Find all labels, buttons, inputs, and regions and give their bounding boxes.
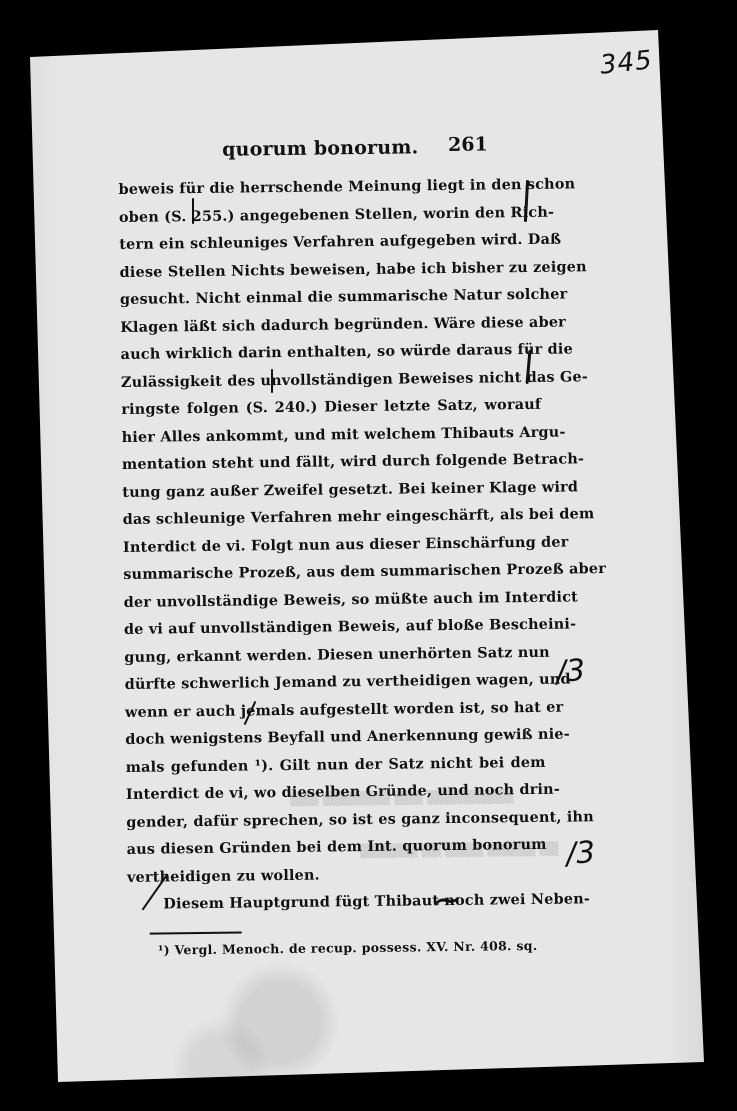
text-line: summarische Prozeß, aus dem summarischen… xyxy=(123,556,543,589)
text-line: Diesem Hauptgrund fügt Thibaut noch zwei… xyxy=(127,886,547,919)
reference-strike-mark xyxy=(271,369,273,393)
running-head: quorum bonorum. xyxy=(222,136,419,160)
text-line: aus diesen Gründen bei dem Int. quorum b… xyxy=(127,831,547,864)
handwritten-margin-note: /3 xyxy=(555,653,587,690)
text-line: de vi auf unvollständigen Beweis, auf bl… xyxy=(124,611,544,644)
text-line: ringste folgen (S. 240.) Dieser letzte S… xyxy=(121,391,541,424)
text-line: Interdict de vi, wo dieselben Gründe, un… xyxy=(126,776,546,809)
page-text: quorum bonorum. 261 beweis für die herrs… xyxy=(118,135,548,961)
handwritten-margin-note: /3 xyxy=(565,835,597,872)
handwritten-folio-number: 345 xyxy=(599,45,654,80)
body-text: beweis für die herrschende Meinung liegt… xyxy=(118,171,547,919)
text-line: tern ein schleuniges Verfahren aufgegebe… xyxy=(119,226,539,259)
page-header: quorum bonorum. 261 xyxy=(118,135,538,176)
text-line: auch wirklich darin enthalten, so würde … xyxy=(120,336,540,369)
handwritten-squiggle: ~ xyxy=(430,879,464,923)
footnote-rule xyxy=(150,931,242,934)
text-line: das schleunige Verfahren mehr eingeschär… xyxy=(122,501,542,534)
text-line: dürfte schwerlich Jemand zu vertheidigen… xyxy=(124,666,544,699)
text-line: gesucht. Nicht einmal die summarische Na… xyxy=(120,281,540,314)
text-line: doch wenigstens Beyfall und Anerkennung … xyxy=(125,721,545,754)
reference-strike-mark xyxy=(192,198,194,224)
page-number: 261 xyxy=(448,133,488,155)
text-line: mentation steht und fällt, wird durch fo… xyxy=(122,446,542,479)
text-line: beweis für die herrschende Meinung liegt… xyxy=(118,171,538,204)
